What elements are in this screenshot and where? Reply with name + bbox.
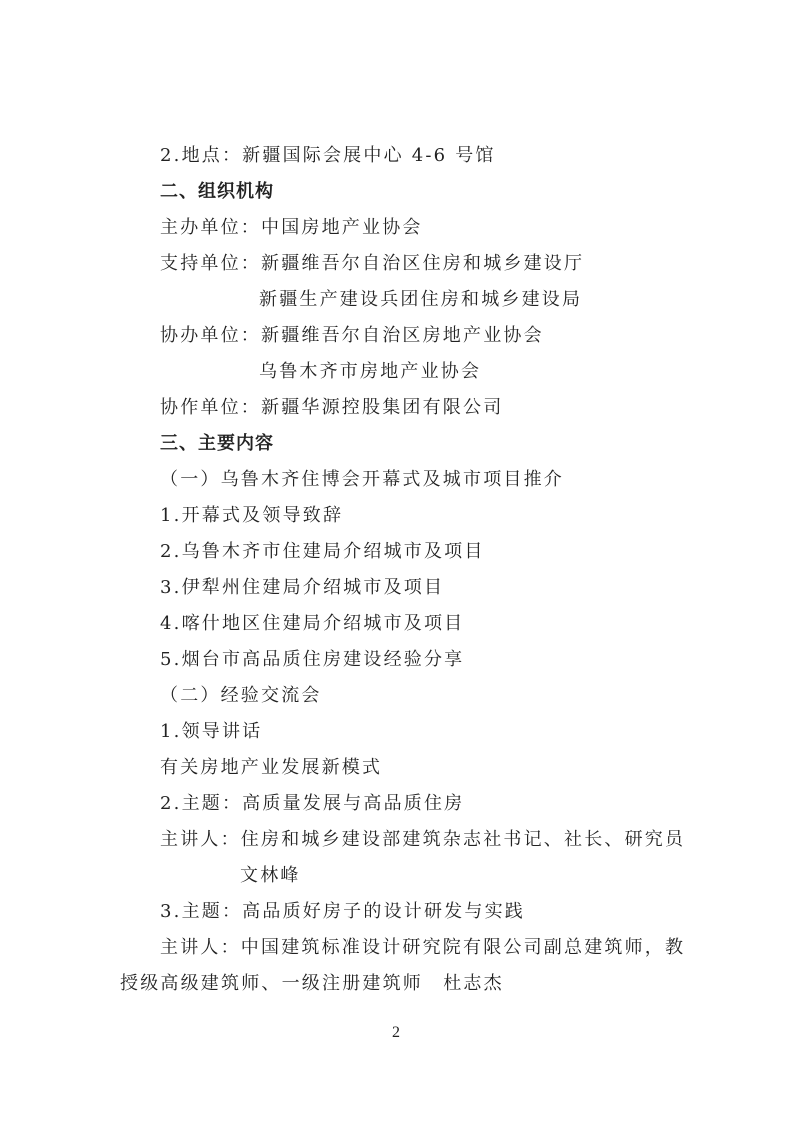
page-number: 2 — [392, 1024, 400, 1042]
speaker-line: 主讲人：中国建筑标准设计研究院有限公司副总建筑师，教 — [160, 936, 685, 960]
speaker-name: 文林峰 — [240, 864, 301, 888]
list-item: 2.主题：高质量发展与高品质住房 — [160, 792, 464, 816]
list-item: 2.乌鲁木齐市住建局介绍城市及项目 — [160, 540, 485, 564]
list-item: 1.开幕式及领导致辞 — [160, 504, 343, 528]
supporting-unit: 支持单位：新疆维吾尔自治区住房和城乡建设厅 — [160, 252, 584, 276]
host-unit: 主办单位：中国房地产业协会 — [160, 216, 423, 240]
co-organizer: 协办单位：新疆维吾尔自治区房地产业协会 — [160, 324, 544, 348]
cooperating-unit: 协作单位：新疆华源控股集团有限公司 — [160, 396, 503, 420]
speech-topic: 有关房地产业发展新模式 — [160, 756, 382, 780]
list-item: 1.领导讲话 — [160, 720, 262, 744]
subsection-exchange: （二）经验交流会 — [160, 684, 322, 708]
subsection-opening: （一）乌鲁木齐住博会开幕式及城市项目推介 — [160, 468, 564, 492]
list-item: 5.烟台市高品质住房建设经验分享 — [160, 648, 464, 672]
supporting-unit-2: 新疆生产建设兵团住房和城乡建设局 — [259, 288, 582, 312]
list-item: 3.伊犁州住建局介绍城市及项目 — [160, 576, 444, 600]
list-item: 3.主题：高品质好房子的设计研发与实践 — [160, 900, 525, 924]
section-heading-organization: 二、组织机构 — [160, 180, 274, 204]
speaker-line-continued: 授级高级建筑师、一级注册建筑师 杜志杰 — [120, 972, 504, 996]
section-heading-content: 三、主要内容 — [160, 432, 274, 456]
speaker-line: 主讲人：住房和城乡建设部建筑杂志社书记、社长、研究员 — [160, 828, 685, 852]
list-item: 4.喀什地区住建局介绍城市及项目 — [160, 612, 464, 636]
document-page: 2.地点：新疆国际会展中心 4-6 号馆 二、组织机构 主办单位：中国房地产业协… — [0, 0, 794, 1123]
venue-line: 2.地点：新疆国际会展中心 4-6 号馆 — [160, 144, 496, 168]
co-organizer-2: 乌鲁木齐市房地产业协会 — [259, 360, 481, 384]
